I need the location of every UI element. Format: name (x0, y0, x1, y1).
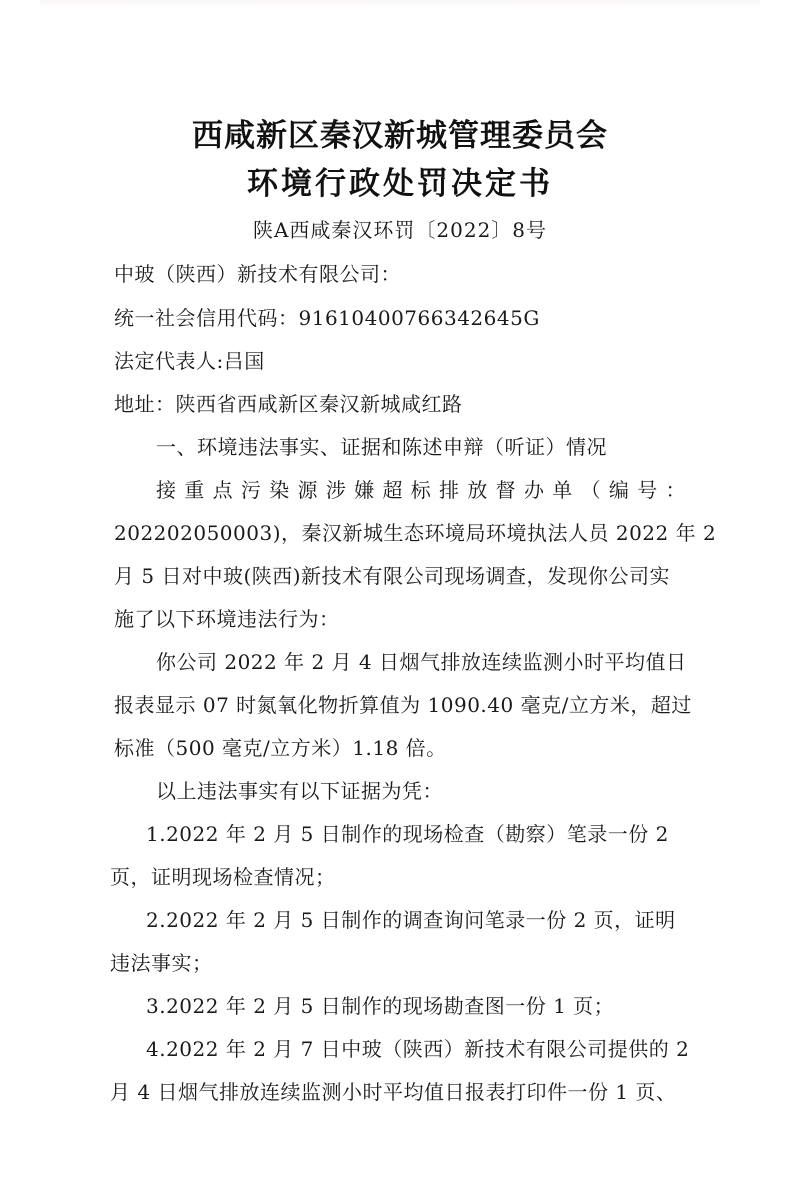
paragraph-line: 202202050003)，秦汉新城生态环境局环境执法人员 2022 年 2 (114, 517, 716, 546)
party-address: 地址：陕西省西咸新区秦汉新城咸红路 (114, 388, 463, 417)
paragraph-line: 接重点污染源涉嫌超标排放督办单（编号： (156, 474, 686, 503)
evidence-item-4-cont: 月 4 日烟气排放连续监测小时平均值日报表打印件一份 1 页、 (110, 1076, 676, 1105)
evidence-intro: 以上违法事实有以下证据为凭： (156, 775, 443, 804)
paragraph-line: 施了以下环境违法行为： (114, 603, 340, 632)
issuing-authority-title: 西咸新区秦汉新城管理委员会 (0, 110, 800, 155)
paragraph-line: 月 5 日对中玻(陕西)新技术有限公司现场调查，发现你公司实 (114, 560, 670, 589)
evidence-item-2: 2.2022 年 2 月 5 日制作的调查询问笔录一份 2 页，证明 (146, 904, 676, 933)
document-type-title: 环境行政处罚决定书 (0, 158, 800, 203)
evidence-item-1-cont: 页，证明现场检查情况； (110, 861, 336, 890)
evidence-item-4: 4.2022 年 2 月 7 日中玻（陕西）新技术有限公司提供的 2 (146, 1033, 689, 1062)
document-page: 西咸新区秦汉新城管理委员会 环境行政处罚决定书 陕A西咸秦汉环罚〔2022〕8号… (0, 0, 800, 1181)
paragraph-line: 标准（500 毫克/立方米）1.18 倍。 (114, 732, 447, 761)
evidence-item-2-cont: 违法事实； (110, 947, 213, 976)
paragraph-line: 你公司 2022 年 2 月 4 日烟气排放连续监测小时平均值日 (156, 646, 687, 675)
evidence-item-1: 1.2022 年 2 月 5 日制作的现场检查（勘察）笔录一份 2 (146, 818, 669, 847)
party-legal-representative: 法定代表人:吕国 (114, 345, 265, 374)
evidence-item-3: 3.2022 年 2 月 5 日制作的现场勘查图一份 1 页； (146, 990, 614, 1019)
paragraph-line: 报表显示 07 时氮氧化物折算值为 1090.40 毫克/立方米，超过 (114, 689, 692, 718)
section-heading-violation-facts: 一、环境违法事实、证据和陈述申辩（听证）情况 (156, 431, 607, 460)
document-number: 陕A西咸秦汉环罚〔2022〕8号 (0, 214, 800, 243)
party-credit-code: 统一社会信用代码：91610400766342645G (114, 302, 540, 331)
party-company-name: 中玻（陕西）新技术有限公司： (114, 258, 401, 287)
